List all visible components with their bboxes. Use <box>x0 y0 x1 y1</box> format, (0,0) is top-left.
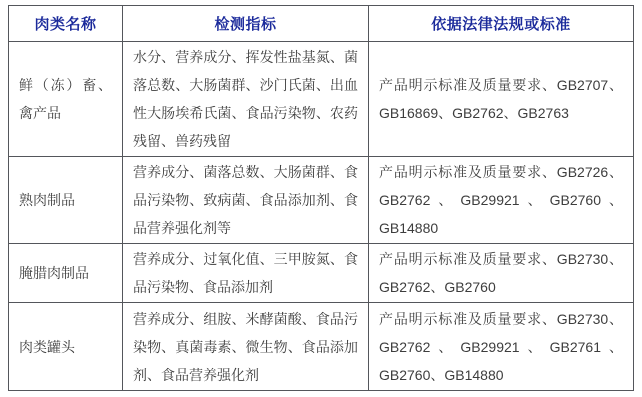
table-row: 鲜（冻）畜、禽产品 水分、营养成分、挥发性盐基氮、菌落总数、大肠菌群、沙门氏菌、… <box>9 42 634 157</box>
cell-meat-name: 鲜（冻）畜、禽产品 <box>9 42 123 157</box>
header-cell-legal-standards: 依据法律法规或标准 <box>369 6 634 42</box>
cell-test-indicators: 营养成分、菌落总数、大肠菌群、食品污染物、致病菌、食品添加剂、食品营养强化剂等 <box>123 157 369 244</box>
header-cell-meat-name: 肉类名称 <box>9 6 123 42</box>
cell-meat-name: 腌腊肉制品 <box>9 244 123 303</box>
cell-test-indicators: 营养成分、过氧化值、三甲胺氮、食品污染物、食品添加剂 <box>123 244 369 303</box>
cell-test-indicators: 营养成分、组胺、米酵菌酸、食品污染物、真菌毒素、微生物、食品添加剂、食品营养强化… <box>123 303 369 391</box>
cell-test-indicators: 水分、营养成分、挥发性盐基氮、菌落总数、大肠菌群、沙门氏菌、出血性大肠埃希氏菌、… <box>123 42 369 157</box>
cell-meat-name: 熟肉制品 <box>9 157 123 244</box>
table-row: 肉类罐头 营养成分、组胺、米酵菌酸、食品污染物、真菌毒素、微生物、食品添加剂、食… <box>9 303 634 391</box>
table-row: 熟肉制品 营养成分、菌落总数、大肠菌群、食品污染物、致病菌、食品添加剂、食品营养… <box>9 157 634 244</box>
cell-legal-standards: 产品明示标准及质量要求、GB2707、GB16869、GB2762、GB2763 <box>369 42 634 157</box>
cell-legal-standards: 产品明示标准及质量要求、GB2726、GB2762、GB29921、GB2760… <box>369 157 634 244</box>
cell-meat-name: 肉类罐头 <box>9 303 123 391</box>
cell-legal-standards: 产品明示标准及质量要求、GB2730、GB2762、GB2760 <box>369 244 634 303</box>
cell-legal-standards: 产品明示标准及质量要求、GB2730、GB2762、GB29921、GB2761… <box>369 303 634 391</box>
header-cell-test-indicators: 检测指标 <box>123 6 369 42</box>
table-header-row: 肉类名称 检测指标 依据法律法规或标准 <box>9 6 634 42</box>
page-background: 肉类名称 检测指标 依据法律法规或标准 鲜（冻）畜、禽产品 水分、营养成分、挥发… <box>0 0 642 397</box>
table-row: 腌腊肉制品 营养成分、过氧化值、三甲胺氮、食品污染物、食品添加剂 产品明示标准及… <box>9 244 634 303</box>
meat-inspection-table: 肉类名称 检测指标 依据法律法规或标准 鲜（冻）畜、禽产品 水分、营养成分、挥发… <box>8 5 634 391</box>
